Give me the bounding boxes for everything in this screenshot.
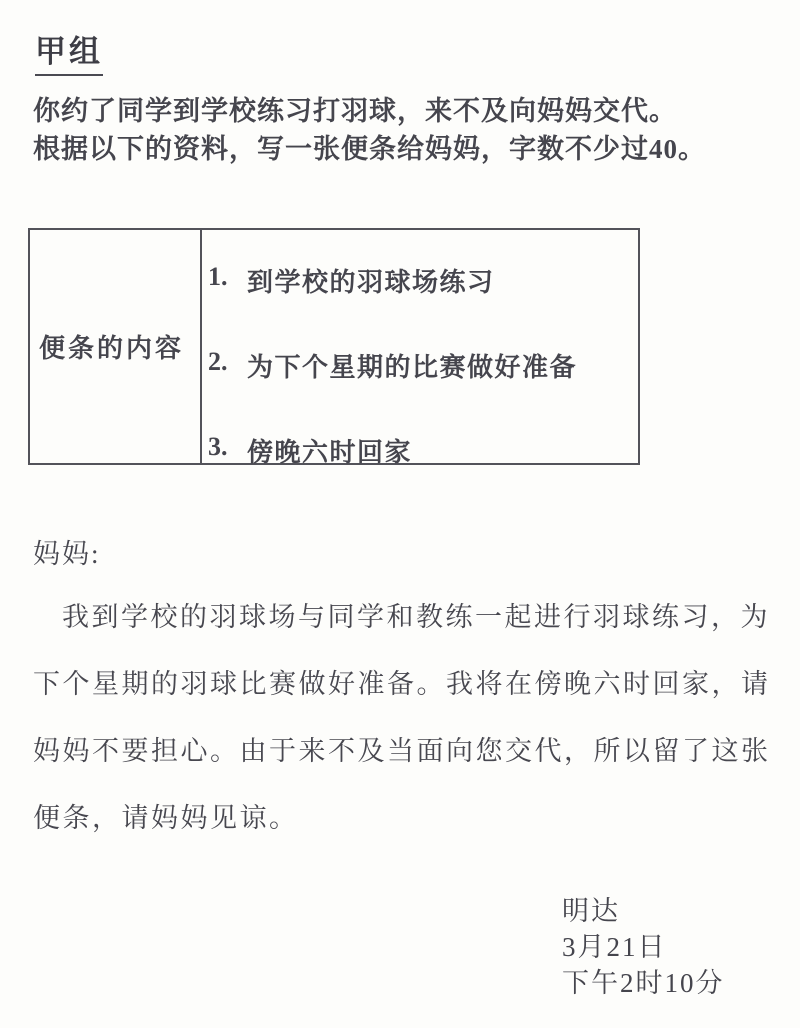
table-item-1-text: 到学校的羽球场练习 (247, 262, 495, 299)
instruction-line-2: 根据以下的资料，写一张便条给妈妈，字数不少过40。 (33, 130, 706, 168)
note-signature-block: 明达 3月21日 下午2时10分 (562, 893, 725, 1001)
task-instructions: 你约了同学到学校练习打羽球，来不及向妈妈交代。 根据以下的资料，写一张便条给妈妈… (33, 92, 706, 168)
table-item-3-text: 傍晚六时回家 (247, 432, 412, 469)
scanned-document-page: 甲组 你约了同学到学校练习打羽球，来不及向妈妈交代。 根据以下的资料，写一张便条… (0, 0, 800, 1028)
note-salutation: 妈妈: (33, 532, 101, 571)
table-items-cell: 1. 到学校的羽球场练习 2. 为下个星期的比赛做好准备 3. 傍晚六时回家 (202, 230, 638, 463)
instruction-line-1: 你约了同学到学校练习打羽球，来不及向妈妈交代。 (33, 92, 706, 130)
note-content-table: 便条的内容 1. 到学校的羽球场练习 2. 为下个星期的比赛做好准备 3. 傍晚… (28, 228, 640, 465)
note-body-line-4: 便条，请妈妈见谅。 (33, 801, 773, 868)
table-item-1-number: 1. (202, 262, 247, 299)
signature-time: 下午2时10分 (562, 965, 725, 1001)
table-item-2-number: 2. (202, 347, 247, 384)
table-item-1: 1. 到学校的羽球场练习 (202, 262, 638, 299)
table-row-label: 便条的内容 (30, 230, 202, 463)
table-item-2: 2. 为下个星期的比赛做好准备 (202, 347, 638, 384)
table-item-2-text: 为下个星期的比赛做好准备 (247, 347, 577, 384)
section-heading: 甲组 (35, 26, 103, 76)
note-body-line-2: 下个星期的羽球比赛做好准备。我将在傍晚六时回家，请 (33, 667, 773, 734)
note-body-line-3: 妈妈不要担心。由于来不及当面向您交代，所以留了这张 (33, 734, 773, 801)
note-body-line-1: 我到学校的羽球场与同学和教练一起进行羽球练习，为 (33, 600, 773, 667)
signature-name: 明达 (562, 893, 725, 929)
table-item-3: 3. 傍晚六时回家 (202, 432, 638, 469)
note-body: 我到学校的羽球场与同学和教练一起进行羽球练习，为 下个星期的羽球比赛做好准备。我… (33, 600, 773, 868)
signature-date: 3月21日 (562, 929, 725, 965)
table-item-3-number: 3. (202, 432, 247, 469)
